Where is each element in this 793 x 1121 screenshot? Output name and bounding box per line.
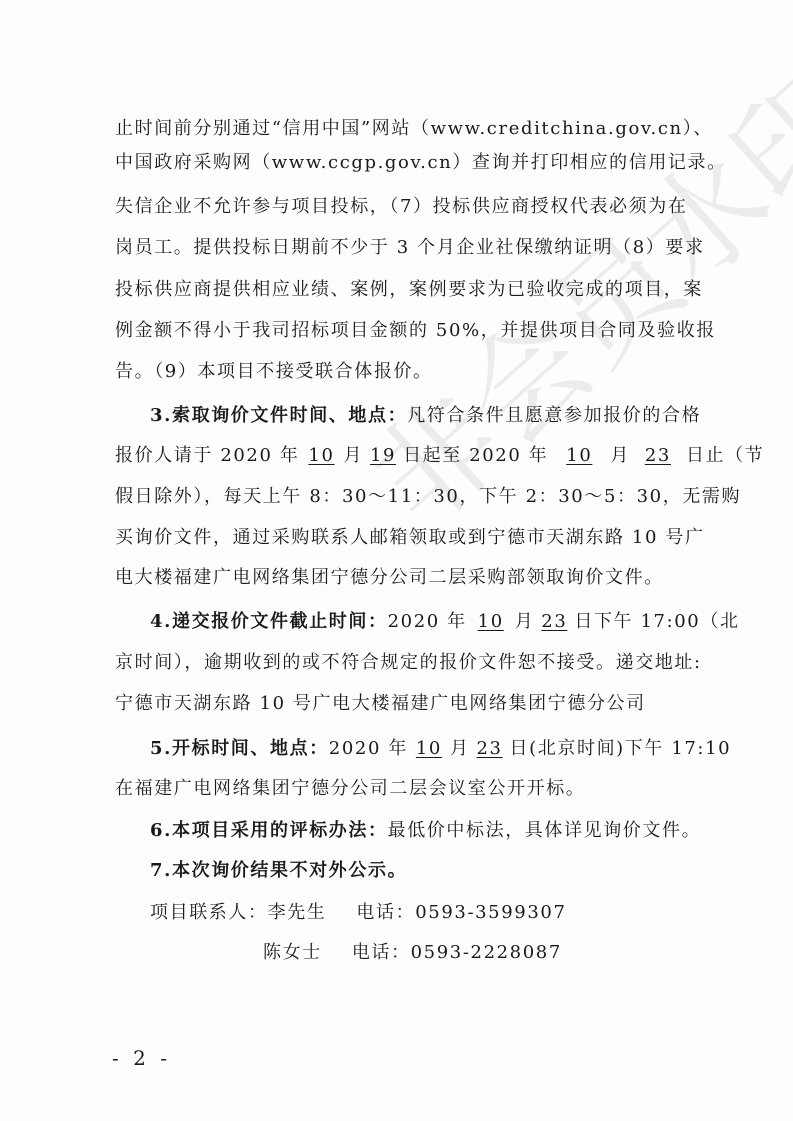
paragraph-line: 失信企业不允许参与项目投标，（7）投标供应商授权代表必须为在 [115, 196, 687, 218]
section-3-line-1: 3.索取询价文件时间、地点：凡符合条件且愿意参加报价的合格 [150, 405, 701, 427]
date-field: 10 [467, 611, 515, 633]
section-3-heading: 3.索取询价文件时间、地点： [150, 405, 407, 426]
section-5-line-2: 在福建广电网络集团宁德分公司二层会议室公开开标。 [115, 778, 585, 800]
document-page: 非会员水印 止时间前分别通过“信用中国”网站（www.creditchina.g… [0, 0, 793, 1121]
section-4-line-2: 京时间），逾期收到的或不符合规定的报价文件恕不接受。递交地址: [115, 652, 702, 674]
section-6-heading: 6.本项目采用的评标办法： [150, 820, 388, 841]
paragraph-line: 岗员工。提供投标日期前不少于 3 个月企业社保缴纳证明（8）要求 [115, 237, 705, 259]
section-3-line-5: 电大楼福建广电网络集团宁德分公司二层采购部领取询价文件。 [115, 567, 664, 589]
paragraph-line: 例金额不得小于我司招标项目金额的 50%，并提供项目合同及验收报 [115, 320, 716, 342]
date-field: 10 [299, 445, 343, 467]
section-4-line-1: 4.递交报价文件截止时间：2020 年10月23日下午 17:00（北 [150, 611, 740, 633]
section-3-line-4: 买询价文件，通过采购联系人邮箱领取或到宁德市天湖东路 10 号广 [115, 527, 705, 549]
section-6-line: 6.本项目采用的评标办法：最低价中标法，具体详见询价文件。 [150, 820, 701, 842]
paragraph-line: 投标供应商提供相应业绩、案例，案例要求为已验收完成的项目，案 [115, 279, 703, 301]
paragraph-line: 告。（9）本项目不接受联合体报价。 [115, 361, 433, 383]
date-field: 23 [630, 445, 686, 467]
section-7-heading: 7.本次询价结果不对外公示。 [150, 860, 407, 882]
contact-phone: 0593-2228087 [411, 942, 562, 963]
contact-name: 李先生 [268, 902, 327, 923]
date-field: 10 [408, 738, 450, 760]
section-5-heading: 5.开标时间、地点： [150, 738, 329, 759]
date-field: 19 [363, 445, 403, 467]
date-field: 23 [534, 611, 574, 633]
paragraph-line: 中国政府采购网（www.ccgp.gov.cn）查询并打印相应的信用记录。 [115, 152, 727, 174]
paragraph-line: 止时间前分别通过“信用中国”网站（www.creditchina.gov.cn）… [115, 118, 713, 140]
date-field: 10 [548, 445, 610, 467]
section-3-line-2: 报价人请于 2020 年10月19日起至 2020 年10月23日止（节 [115, 445, 764, 467]
contact-label: 项目联系人： [150, 902, 268, 923]
contact-name: 陈女士 [263, 942, 322, 963]
section-4-heading: 4.递交报价文件截止时间： [150, 611, 388, 632]
date-field: 23 [470, 738, 510, 760]
contact-phone: 0593-3599307 [415, 902, 566, 923]
contact-line-2: 陈女士电话：0593-2228087 [263, 942, 562, 964]
section-5-line-1: 5.开标时间、地点：2020 年10月23日(北京时间)下午 17:10 [150, 738, 731, 760]
page-number: - 2 - [112, 1046, 171, 1070]
section-4-line-3: 宁德市天湖东路 10 号广电大楼福建广电网络集团宁德分公司 [115, 693, 646, 715]
contact-line-1: 项目联系人：李先生电话：0593-3599307 [150, 902, 567, 924]
section-3-line-3: 假日除外），每天上午 8：30～11：30，下午 2：30～5：30，无需购 [115, 486, 741, 508]
